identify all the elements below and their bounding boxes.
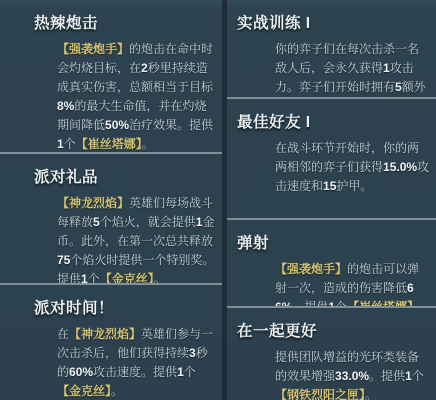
- augment-title: 弹射: [227, 220, 436, 253]
- text-segment: 治疗效果。提供: [129, 118, 213, 132]
- text-segment: 【强袭炮手】: [57, 42, 129, 56]
- text-segment: 。提供: [292, 300, 328, 306]
- augment-title: 在一起更好: [227, 308, 436, 341]
- augment-card: 热辣炮击 【强袭炮手】的炮击在命中时会灼烧目标，在2秒里持续造成真实伤害，总额相…: [0, 0, 222, 152]
- text-segment: 5: [93, 215, 100, 229]
- text-segment: 个焰火，就会提供: [100, 215, 196, 229]
- text-segment: 个: [64, 137, 76, 151]
- text-segment: 3: [189, 346, 196, 360]
- augment-description: 【强袭炮手】的炮击在命中时会灼烧目标，在2秒里持续造成真实伤害，总额相当于目标8…: [57, 40, 218, 152]
- text-segment: 【钢铁烈阳之匣】: [275, 388, 365, 400]
- text-segment: 50%: [105, 118, 129, 132]
- text-segment: 【金克丝】: [100, 272, 154, 283]
- augment-title: 派对礼品: [0, 154, 222, 187]
- augment-card: 派对礼品 【神龙烈焰】英雄们每场战斗每释放5个焰火，就会提供1金币。此外，在第一…: [0, 152, 222, 283]
- text-segment: 【金克丝】: [57, 384, 111, 398]
- text-segment: 5: [395, 80, 402, 94]
- text-segment: 【神龙烈焰】: [69, 327, 141, 341]
- augment-description: 你的弈子们在每次击杀一名敌人后，会永久获得1攻击力。弈子们开始时拥有5额外攻击力…: [275, 40, 430, 97]
- text-segment: 个: [184, 365, 196, 379]
- augment-description: 【神龙烈焰】英雄们每场战斗每释放5个焰火，就会提供1金币。此外，在第一次总共释放…: [57, 194, 218, 283]
- augment-description: 在战斗环节开始时，你的两两相邻的弈子们获得15.0%攻击速度和15护甲。: [275, 139, 430, 196]
- text-segment: 。: [413, 300, 425, 306]
- augment-card: 在一起更好 提供团队增益的光环类装备的效果增强33.0%。提供1个【钢铁烈阳之匣…: [227, 306, 436, 400]
- augment-description: 【强袭炮手】的炮击可以弹射一次，造成的伤害降低66%。提供1个【崔丝塔娜】。: [275, 260, 430, 306]
- augment-card: 弹射 【强袭炮手】的炮击可以弹射一次，造成的伤害降低66%。提供1个【崔丝塔娜】…: [227, 218, 436, 306]
- text-segment: 2: [141, 61, 148, 75]
- text-segment: 。: [365, 388, 377, 400]
- text-segment: 。提供: [369, 369, 405, 383]
- text-segment: 15: [323, 179, 336, 193]
- text-segment: 。: [154, 272, 166, 283]
- text-segment: 33.0%: [335, 369, 369, 383]
- augment-title: 最佳好友 I: [227, 99, 436, 132]
- text-segment: 。: [142, 137, 154, 151]
- text-segment: 个: [412, 369, 424, 383]
- text-segment: 15.0%: [383, 160, 417, 174]
- text-segment: 8%: [57, 99, 74, 113]
- left-column: 热辣炮击 【强袭炮手】的炮击在命中时会灼烧目标，在2秒里持续造成真实伤害，总额相…: [0, 0, 222, 400]
- text-segment: 60%: [69, 365, 93, 379]
- augment-tooltips-panel: 热辣炮击 【强袭炮手】的炮击在命中时会灼烧目标，在2秒里持续造成真实伤害，总额相…: [0, 0, 436, 400]
- text-segment: 【强袭炮手】: [275, 262, 347, 276]
- text-segment: 1: [383, 61, 390, 75]
- text-segment: 75: [57, 253, 70, 267]
- text-segment: 【神龙烈焰】: [57, 196, 129, 210]
- text-segment: 。: [111, 384, 123, 398]
- augment-description: 提供团队增益的光环类装备的效果增强33.0%。提供1个【钢铁烈阳之匣】。: [275, 348, 430, 400]
- text-segment: 【崔丝塔娜】: [347, 300, 413, 306]
- text-segment: 攻击速度。提供: [93, 365, 177, 379]
- text-segment: 个: [335, 300, 347, 306]
- augment-card: 最佳好友 I 在战斗环节开始时，你的两两相邻的弈子们获得15.0%攻击速度和15…: [227, 97, 436, 218]
- text-segment: 个: [88, 272, 100, 283]
- text-segment: 1: [57, 137, 64, 151]
- augment-description: 在【神龙烈焰】英雄们参与一次击杀后，他们获得持续3秒的60%攻击速度。提供1个【…: [57, 325, 218, 400]
- augment-title: 热辣炮击: [0, 0, 222, 33]
- text-segment: 护甲。: [336, 179, 372, 193]
- augment-title: 派对时间！: [0, 285, 222, 318]
- augment-card: 派对时间！ 在【神龙烈焰】英雄们参与一次击杀后，他们获得持续3秒的60%攻击速度…: [0, 283, 222, 400]
- text-segment: 1: [177, 365, 184, 379]
- augment-card: 实战训练 I 你的弈子们在每次击杀一名敌人后，会永久获得1攻击力。弈子们开始时拥…: [227, 0, 436, 97]
- text-segment: 1: [405, 369, 412, 383]
- text-segment: 在: [57, 327, 69, 341]
- text-segment: 1: [81, 272, 88, 283]
- augment-title: 实战训练 I: [227, 0, 436, 33]
- text-segment: 【崔丝塔娜】: [76, 137, 142, 151]
- right-column: 实战训练 I 你的弈子们在每次击杀一名敌人后，会永久获得1攻击力。弈子们开始时拥…: [227, 0, 436, 400]
